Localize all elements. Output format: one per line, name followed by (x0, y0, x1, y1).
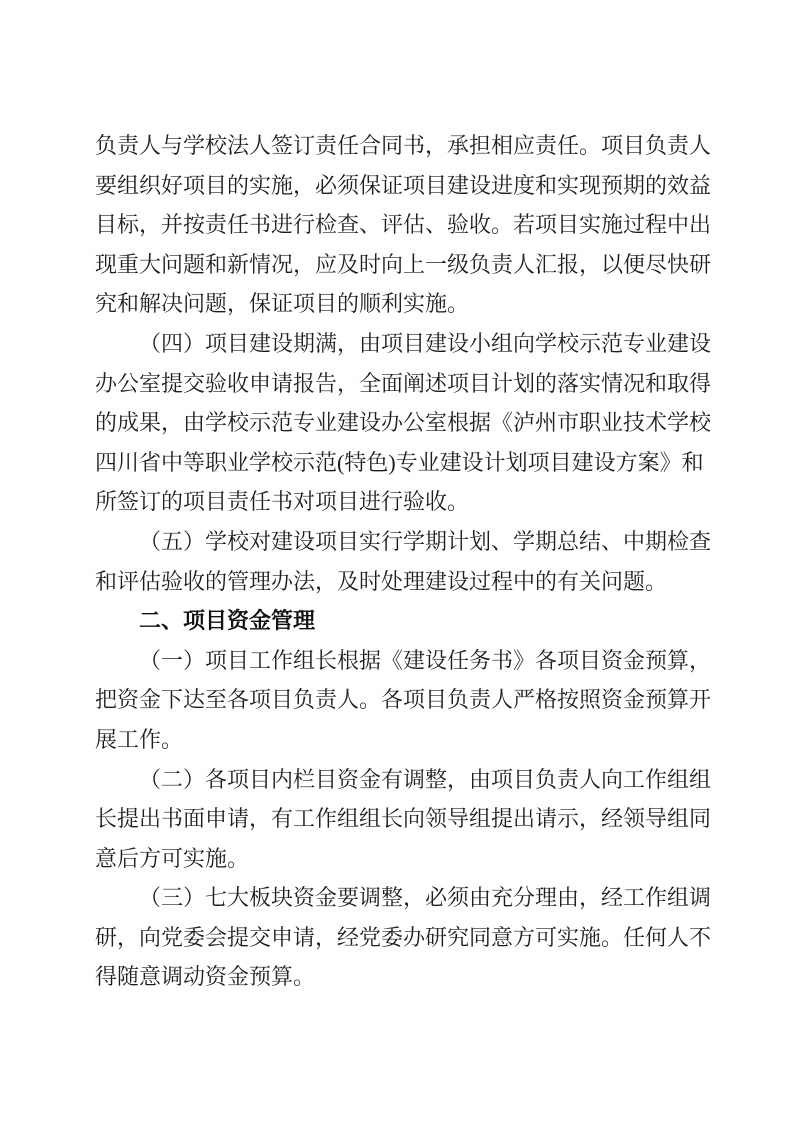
text-line: 和评估验收的管理办法，及时处理建设过程中的有关问题。 (95, 562, 713, 602)
text-line: （一）项目工作组长根据《建设任务书》各项目资金预算， (95, 641, 713, 681)
text-line: 要组织好项目的实施，必须保证项目建设进度和实现预期的效益 (95, 166, 713, 206)
text-line: 意后方可实施。 (95, 839, 713, 879)
paragraph-item-1: （一）项目工作组长根据《建设任务书》各项目资金预算， 把资金下达至各项目负责人。… (95, 641, 713, 760)
section-heading-funds-management: 二、项目资金管理 (95, 601, 713, 641)
text-line: 展工作。 (95, 720, 713, 760)
paragraph-item-3: （三）七大板块资金要调整，必须由充分理由，经工作组调 研，向党委会提交申请，经党… (95, 878, 713, 997)
text-line: 办公室提交验收申请报告，全面阐述项目计划的落实情况和取得 (95, 364, 713, 404)
text-line: 把资金下达至各项目负责人。各项目负责人严格按照资金预算开 (95, 680, 713, 720)
text-line: （五）学校对建设项目实行学期计划、学期总结、中期检查 (95, 522, 713, 562)
text-line: 长提出书面申请，有工作组组长向领导组提出请示，经领导组同 (95, 799, 713, 839)
document-page: 负责人与学校法人签订责任合同书，承担相应责任。项目负责人 要组织好项目的实施，必… (0, 0, 793, 1122)
text-line: 现重大问题和新情况，应及时向上一级负责人汇报，以便尽快研 (95, 245, 713, 285)
paragraph-item-4: （四）项目建设期满，由项目建设小组向学校示范专业建设 办公室提交验收申请报告，全… (95, 324, 713, 522)
text-line: 研，向党委会提交申请，经党委办研究同意方可实施。任何人不 (95, 918, 713, 958)
paragraph-continuation: 负责人与学校法人签订责任合同书，承担相应责任。项目负责人 要组织好项目的实施，必… (95, 126, 713, 324)
text-line: 得随意调动资金预算。 (95, 957, 713, 997)
document-text-area: 负责人与学校法人签订责任合同书，承担相应责任。项目负责人 要组织好项目的实施，必… (95, 126, 713, 997)
text-line: 究和解决问题，保证项目的顺利实施。 (95, 284, 713, 324)
text-line: 目标，并按责任书进行检查、评估、验收。若项目实施过程中出 (95, 205, 713, 245)
text-line: （四）项目建设期满，由项目建设小组向学校示范专业建设 (95, 324, 713, 364)
text-line: （二）各项目内栏目资金有调整，由项目负责人向工作组组 (95, 760, 713, 800)
text-line: 四川省中等职业学校示范(特色)专业建设计划项目建设方案》和 (95, 443, 713, 483)
text-line: 负责人与学校法人签订责任合同书，承担相应责任。项目负责人 (95, 126, 713, 166)
text-line: （三）七大板块资金要调整，必须由充分理由，经工作组调 (95, 878, 713, 918)
paragraph-item-5: （五）学校对建设项目实行学期计划、学期总结、中期检查 和评估验收的管理办法，及时… (95, 522, 713, 601)
text-line: 所签订的项目责任书对项目进行验收。 (95, 482, 713, 522)
text-line: 的成果，由学校示范专业建设办公室根据《泸州市职业技术学校 (95, 403, 713, 443)
paragraph-item-2: （二）各项目内栏目资金有调整，由项目负责人向工作组组 长提出书面申请，有工作组组… (95, 760, 713, 879)
